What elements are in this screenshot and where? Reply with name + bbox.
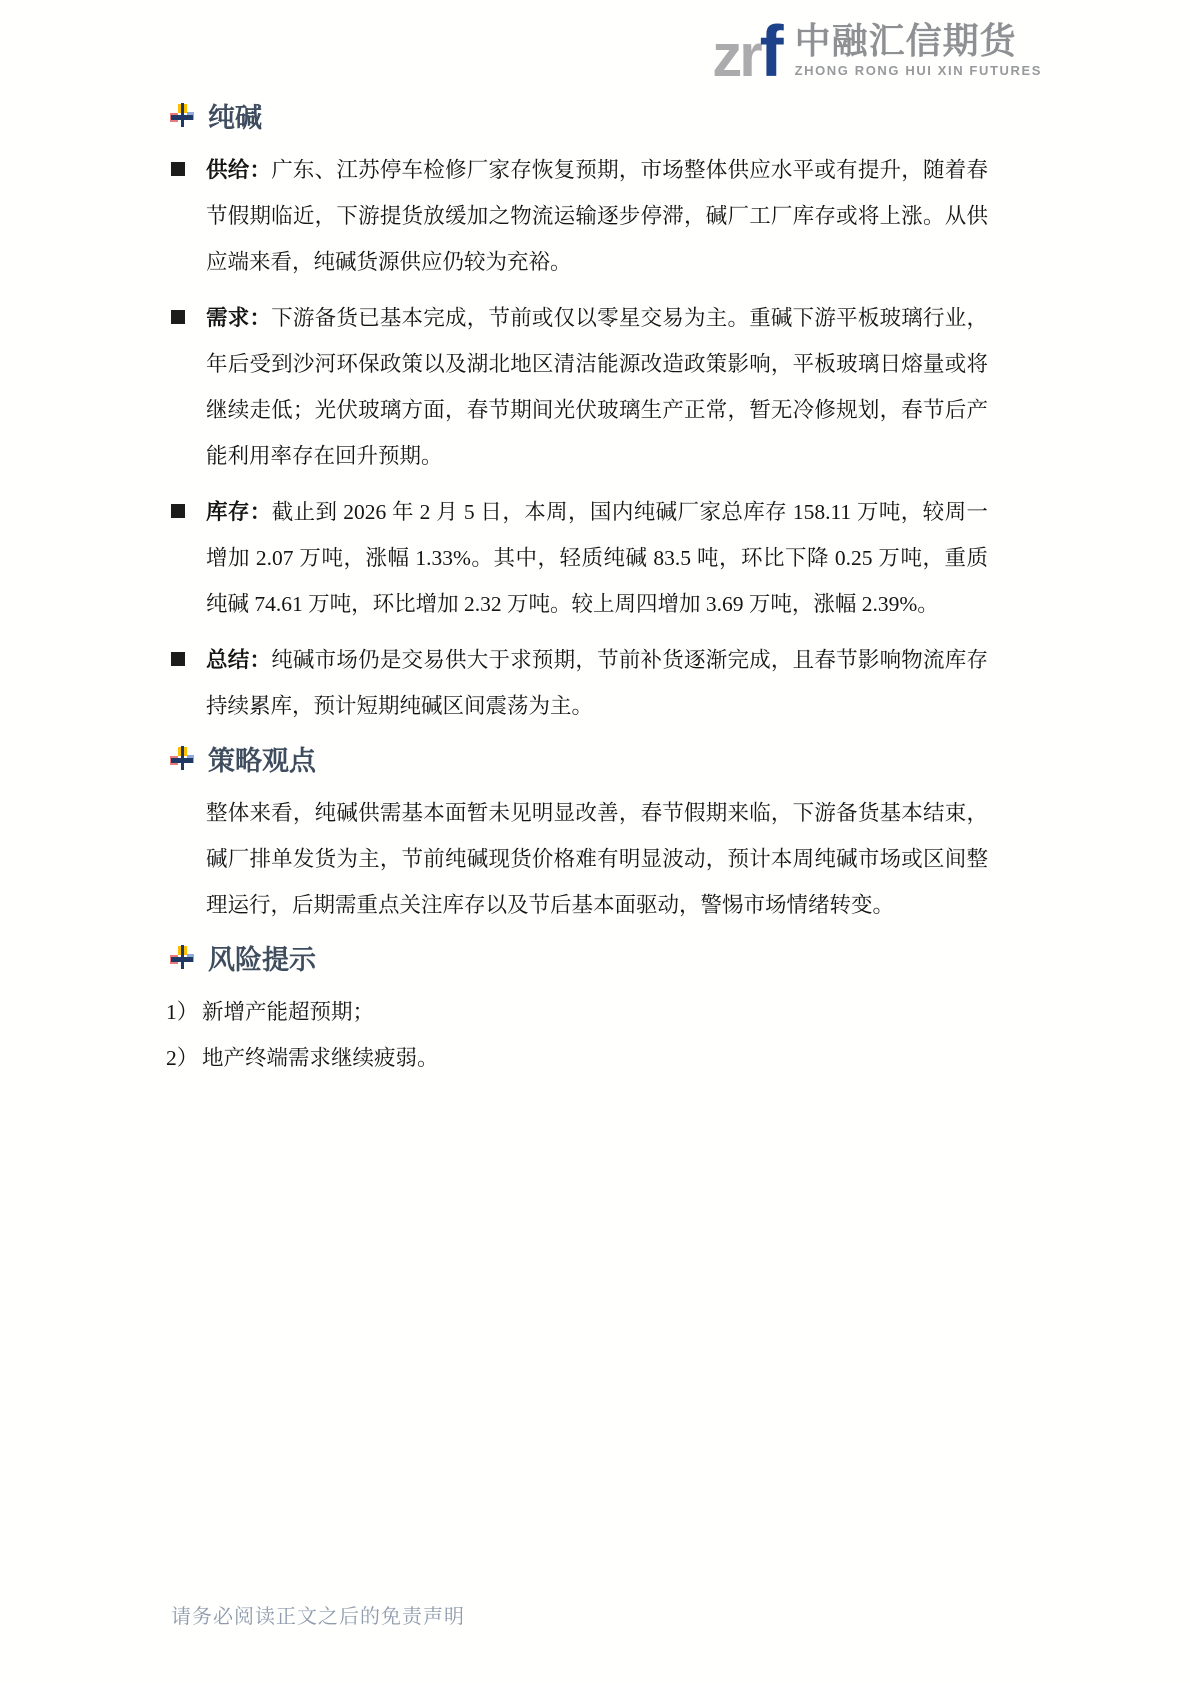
bullet-inventory: 库存：截止到 2026 年 2 月 5 日，本周，国内纯碱厂家总库存 158.1… xyxy=(170,489,988,627)
section-header-strategy: 策略观点 xyxy=(170,739,988,778)
bullet-label: 库存： xyxy=(206,500,272,524)
section-header-soda-ash: 纯碱 xyxy=(170,96,988,135)
risk-item-1: 1） 新增产能超预期； xyxy=(170,989,988,1035)
logo-zr-letters: zr xyxy=(712,22,759,89)
section-title: 风险提示 xyxy=(208,938,316,977)
bullet-label: 需求： xyxy=(206,306,271,330)
bullet-supply: 供给：广东、江苏停车检修厂家存恢复预期，市场整体供应水平或有提升，随着春节假期临… xyxy=(170,147,988,285)
report-page: { "logo": { "zr": "zr", "f": "f", "name_… xyxy=(0,0,1190,1683)
section-title: 策略观点 xyxy=(208,739,316,778)
bullet-label: 总结： xyxy=(206,648,271,672)
section-title: 纯碱 xyxy=(208,96,262,135)
section-header-risk: 风险提示 xyxy=(170,938,988,977)
company-logo: zrf 中融汇信期货 ZHONG RONG HUI XIN FUTURES xyxy=(712,22,1042,80)
section-bullet-icon xyxy=(170,103,195,128)
bullet-summary: 总结：纯碱市场仍是交易供大于求预期，节前补货逐渐完成，且春节影响物流库存持续累库… xyxy=(170,637,988,729)
section-bullet-icon xyxy=(170,746,195,771)
bullet-demand: 需求：下游备货已基本完成，节前或仅以零星交易为主。重碱下游平板玻璃行业，年后受到… xyxy=(170,295,988,479)
square-bullet-icon xyxy=(171,310,185,324)
bullet-text: 纯碱市场仍是交易供大于求预期，节前补货逐渐完成，且春节影响物流库存持续累库，预计… xyxy=(206,648,988,718)
risk-item-2: 2） 地产终端需求继续疲弱。 xyxy=(170,1035,988,1081)
bullet-text: 截止到 2026 年 2 月 5 日，本周，国内纯碱厂家总库存 158.11 万… xyxy=(206,500,988,616)
bullet-text: 广东、江苏停车检修厂家存恢复预期，市场整体供应水平或有提升，随着春节假期临近，下… xyxy=(206,158,988,274)
company-name-en: ZHONG RONG HUI XIN FUTURES xyxy=(795,63,1042,78)
bullet-label: 供给： xyxy=(206,158,271,182)
report-body: 纯碱 供给：广东、江苏停车检修厂家存恢复预期，市场整体供应水平或有提升，随着春节… xyxy=(170,92,988,1081)
risk-item-number: 1） xyxy=(166,989,202,1035)
strategy-paragraph: 整体来看，纯碱供需基本面暂未见明显改善，春节假期来临，下游备货基本结束，碱厂排单… xyxy=(170,790,988,928)
logo-wordmark: 中融汇信期货 ZHONG RONG HUI XIN FUTURES xyxy=(795,22,1042,80)
company-name-cn: 中融汇信期货 xyxy=(795,22,1042,60)
risk-item-number: 2） xyxy=(166,1035,202,1081)
square-bullet-icon xyxy=(171,652,185,666)
bullet-text: 下游备货已基本完成，节前或仅以零星交易为主。重碱下游平板玻璃行业，年后受到沙河环… xyxy=(206,306,988,468)
risk-item-text: 新增产能超预期； xyxy=(202,989,374,1035)
risk-item-text: 地产终端需求继续疲弱。 xyxy=(202,1035,439,1081)
square-bullet-icon xyxy=(171,162,185,176)
disclaimer-notice: 请务必阅读正文之后的免责声明 xyxy=(171,1600,465,1629)
section-bullet-icon xyxy=(170,945,195,970)
logo-zrf-mark: zrf xyxy=(712,24,780,80)
logo-f-letter: f xyxy=(760,12,781,92)
square-bullet-icon xyxy=(171,504,185,518)
